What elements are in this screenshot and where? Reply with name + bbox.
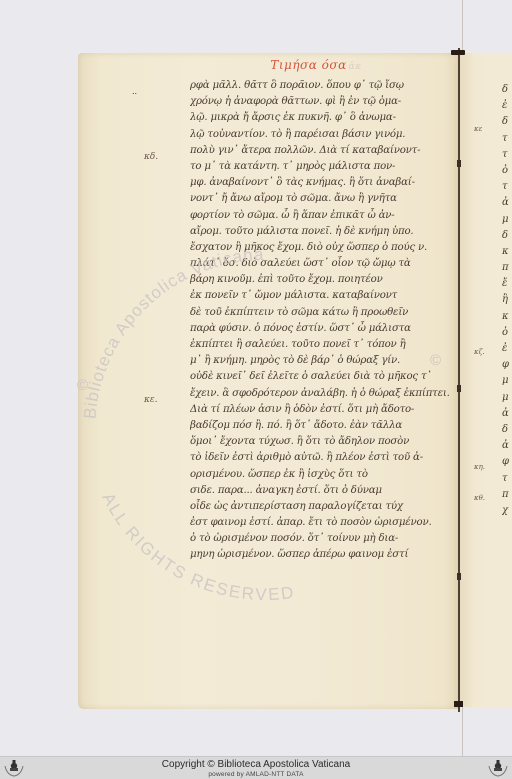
- rubric-text: Τιμήσα όσα: [270, 58, 346, 72]
- chapter-numeral: κε.: [144, 395, 158, 405]
- right-page-line-start: κ: [502, 309, 512, 325]
- manuscript-line: ορισμένου. ὥσπερ ἐκ ἢ ἰσχὺς ὅτι τὸ: [190, 467, 455, 483]
- copyright-footer: Copyright © Biblioteca Apostolica Vatica…: [0, 756, 512, 779]
- binding-clip-top: [451, 50, 465, 55]
- manuscript-line: το μ᾽ τὰ κατάντη. τ᾽ μηρὸς μάλιστα πον-: [190, 159, 455, 175]
- manuscript-line: ἐκ πονεῖν τ᾽ ὤμον μάλιστα. καταβαίνοντ: [190, 288, 455, 304]
- right-page-line-start: τ: [502, 131, 512, 147]
- manuscript-line: χρόνῳ ἡ ἀναφορὰ θᾶττων. φὶ ἢ ἐν τῷ ὁμα-: [190, 94, 455, 110]
- chapter-numeral: κη.: [474, 463, 485, 471]
- right-page-line-start: π: [502, 487, 512, 503]
- chapter-numeral: κε: [474, 125, 482, 133]
- manuscript-line: τὸ ἰδεῖν ἐστὶ ἀριθμὸ αὐτῶ. ἢ πλέον ἐστὶ …: [190, 450, 455, 466]
- manuscript-line: νοντ᾽ ἤ ἄνω αἴρομ τὸ σῶμα. ἄνω ἢ γνῆτα: [190, 191, 455, 207]
- manuscript-line: βάρη κινοῦμ. ἐπὶ τοῦτο ἔχομ. ποιητέον: [190, 272, 455, 288]
- right-page-line-start: δ: [502, 422, 512, 438]
- manuscript-line: ἔχειν. ἃ σφοδρότερον ἀναλάβη. ἡ ὁ θώραξ …: [190, 386, 455, 402]
- manuscript-line: μηνη ὡρισμένον. ὥσπερ ἀπέρω φαινομ ἐστί: [190, 547, 455, 563]
- folio-gutter: [458, 48, 460, 712]
- manuscript-line: παρὰ φύσιν. ὁ πόνος ἐστίν. ὥστ᾽ ὦ μάλιστ…: [190, 321, 455, 337]
- manuscript-line: φορτίον τὸ σῶμα. ὦ ἢ ἅπαν ἐπικᾶτ ὦ ἀν-: [190, 208, 455, 224]
- right-page-line-start: ἐ: [502, 341, 512, 357]
- right-page-line-start: ἀ: [502, 406, 512, 422]
- right-page-line-start: φ: [502, 454, 512, 470]
- manuscript-line: βαδίζομ πόσ ἢ. πό. ἢ ὅτ᾽ ἄδοτο. ἐὰν τᾶλλ…: [190, 418, 455, 434]
- right-page-line-start: δ: [502, 82, 512, 98]
- manuscript-line: ὁ τὸ ὡρισμένον ποσόν. ὅτ᾽ τοίνυν μὴ δια-: [190, 531, 455, 547]
- right-page-line-start: κ: [502, 244, 512, 260]
- right-page-line-start: ὁ: [502, 163, 512, 179]
- right-page-line-start: δ: [502, 228, 512, 244]
- chapter-numeral: κθ.: [474, 494, 485, 502]
- right-page-line-start: δ: [502, 114, 512, 130]
- manuscript-line: λῷ τοὐναντίον. τὸ ἢ παρέισαι βάσιν γινόμ…: [190, 127, 455, 143]
- image-viewer[interactable]: .. Τιμήσα όσαἀκ κδ.κε. κεκζ.κη.κθ. ρφὰ μ…: [0, 0, 512, 756]
- right-page-line-start: μ: [502, 212, 512, 228]
- powered-by-text: powered by AMLAD-NTT DATA: [0, 771, 512, 778]
- chapter-numeral: κδ.: [144, 152, 158, 162]
- manuscript-line: μφ. ἀναβαίνοντ᾽ ὃ τὰς κνήμας. ἢ ὅτι ἀναβ…: [190, 175, 455, 191]
- papal-emblem-icon: [487, 758, 509, 778]
- right-page-line-start: τ: [502, 471, 512, 487]
- copyright-text: Copyright © Biblioteca Apostolica Vatica…: [0, 759, 512, 770]
- right-page-line-start: ἀ: [502, 438, 512, 454]
- manuscript-line: μ᾽ ἢ κνήμη. μηρὸς τὸ δὲ βάρ᾽ ὁ θώραξ γίν…: [190, 353, 455, 369]
- binding-stitch: [457, 385, 461, 392]
- manuscript-line: οἶδε ὡς ἀντιπερίσταση παραλογίζεται τύχ: [190, 499, 455, 515]
- binding-stitch: [457, 573, 461, 580]
- rubric-ghost-text: ἀκ: [349, 62, 362, 72]
- right-page-line-start: ἔ: [502, 276, 512, 292]
- manuscript-line: σιδε. παρα... ἀναγκη ἐστί. ὅτι ὁ δύναμ: [190, 483, 455, 499]
- right-page-line-start: χ: [502, 503, 512, 519]
- right-page-line-start: μ: [502, 390, 512, 406]
- manuscript-line: πλάτ᾽ ὅσ. διὸ σαλεύει ὥστ᾽ οἷον τῷ ὤμῳ τ…: [190, 256, 455, 272]
- manuscript-line: ὅμοι᾽ ἔχοντα τύχωσ. ἢ ὅτι τὸ ἄδηλον ποσὸ…: [190, 434, 455, 450]
- right-page-text-column: δἐδττὁτἀμδκπἔἢκὁἐφμμἀδἀφτπχ: [502, 82, 512, 519]
- manuscript-text-column: ρφὰ μᾶλλ. θᾶττ ὃ πορᾶιον. ὅπου φ᾽ τῷ ἴσῳ…: [190, 78, 455, 564]
- manuscript-line: αἴρομ. τοῦτο μάλιστα πονεῖ. ἡ δὲ κνήμη ὑ…: [190, 224, 455, 240]
- rubric-heading: Τιμήσα όσαἀκ: [196, 58, 436, 72]
- manuscript-line: ἐστ φαινομ ἐστί. ἀπαρ. ἔτι τὸ ποσὸν ὡρισ…: [190, 515, 455, 531]
- manuscript-line: δὲ τοῦ ἐκπίπτειν τὸ σῶμα κάτω ἢ προωθεῖν: [190, 305, 455, 321]
- manuscript-line: Διὰ τί πλέων ἀσιν ἢ ὁδὸν ἐστί. ὅτι μὴ ἄδ…: [190, 402, 455, 418]
- right-page-line-start: ἀ: [502, 195, 512, 211]
- binding-stitch: [457, 160, 461, 167]
- manuscript-line: ἔσχατον ἢ μῆκος ἔχομ. διὸ οὐχ ὥσπερ ὁ πο…: [190, 240, 455, 256]
- manuscript-line: ἐκπίπτει ἢ σαλεύει. τοῦτο πονεῖ τ᾽ τόπον…: [190, 337, 455, 353]
- right-page-line-start: τ: [502, 179, 512, 195]
- manuscript-line: πολὺ γιν᾽ ἄτερα πολλῶν. Διὰ τί καταβαίνο…: [190, 143, 455, 159]
- manuscript-line: ρφὰ μᾶλλ. θᾶττ ὃ πορᾶιον. ὅπου φ᾽ τῷ ἴσῳ: [190, 78, 455, 94]
- right-page-line-start: τ: [502, 147, 512, 163]
- right-page-line-start: μ: [502, 373, 512, 389]
- right-page-line-start: ἢ: [502, 292, 512, 308]
- chapter-numeral: κζ.: [474, 348, 485, 356]
- manuscript-line: οὐδὲ κινεῖ᾽ δεῖ ἐλεῖτε ὁ σαλεύει διὰ τὸ …: [190, 369, 455, 385]
- right-page-line-start: ὁ: [502, 325, 512, 341]
- binding-clip-bottom: [454, 701, 463, 707]
- margin-mark: ..: [132, 87, 137, 96]
- right-page-line-start: π: [502, 260, 512, 276]
- manuscript-line: λῷ. μικρὰ ἤ ἄρσις ἐκ πυκνῆ. φ᾽ ὃ ἀνωμα-: [190, 110, 455, 126]
- right-page-line-start: ἐ: [502, 98, 512, 114]
- right-page-line-start: φ: [502, 357, 512, 373]
